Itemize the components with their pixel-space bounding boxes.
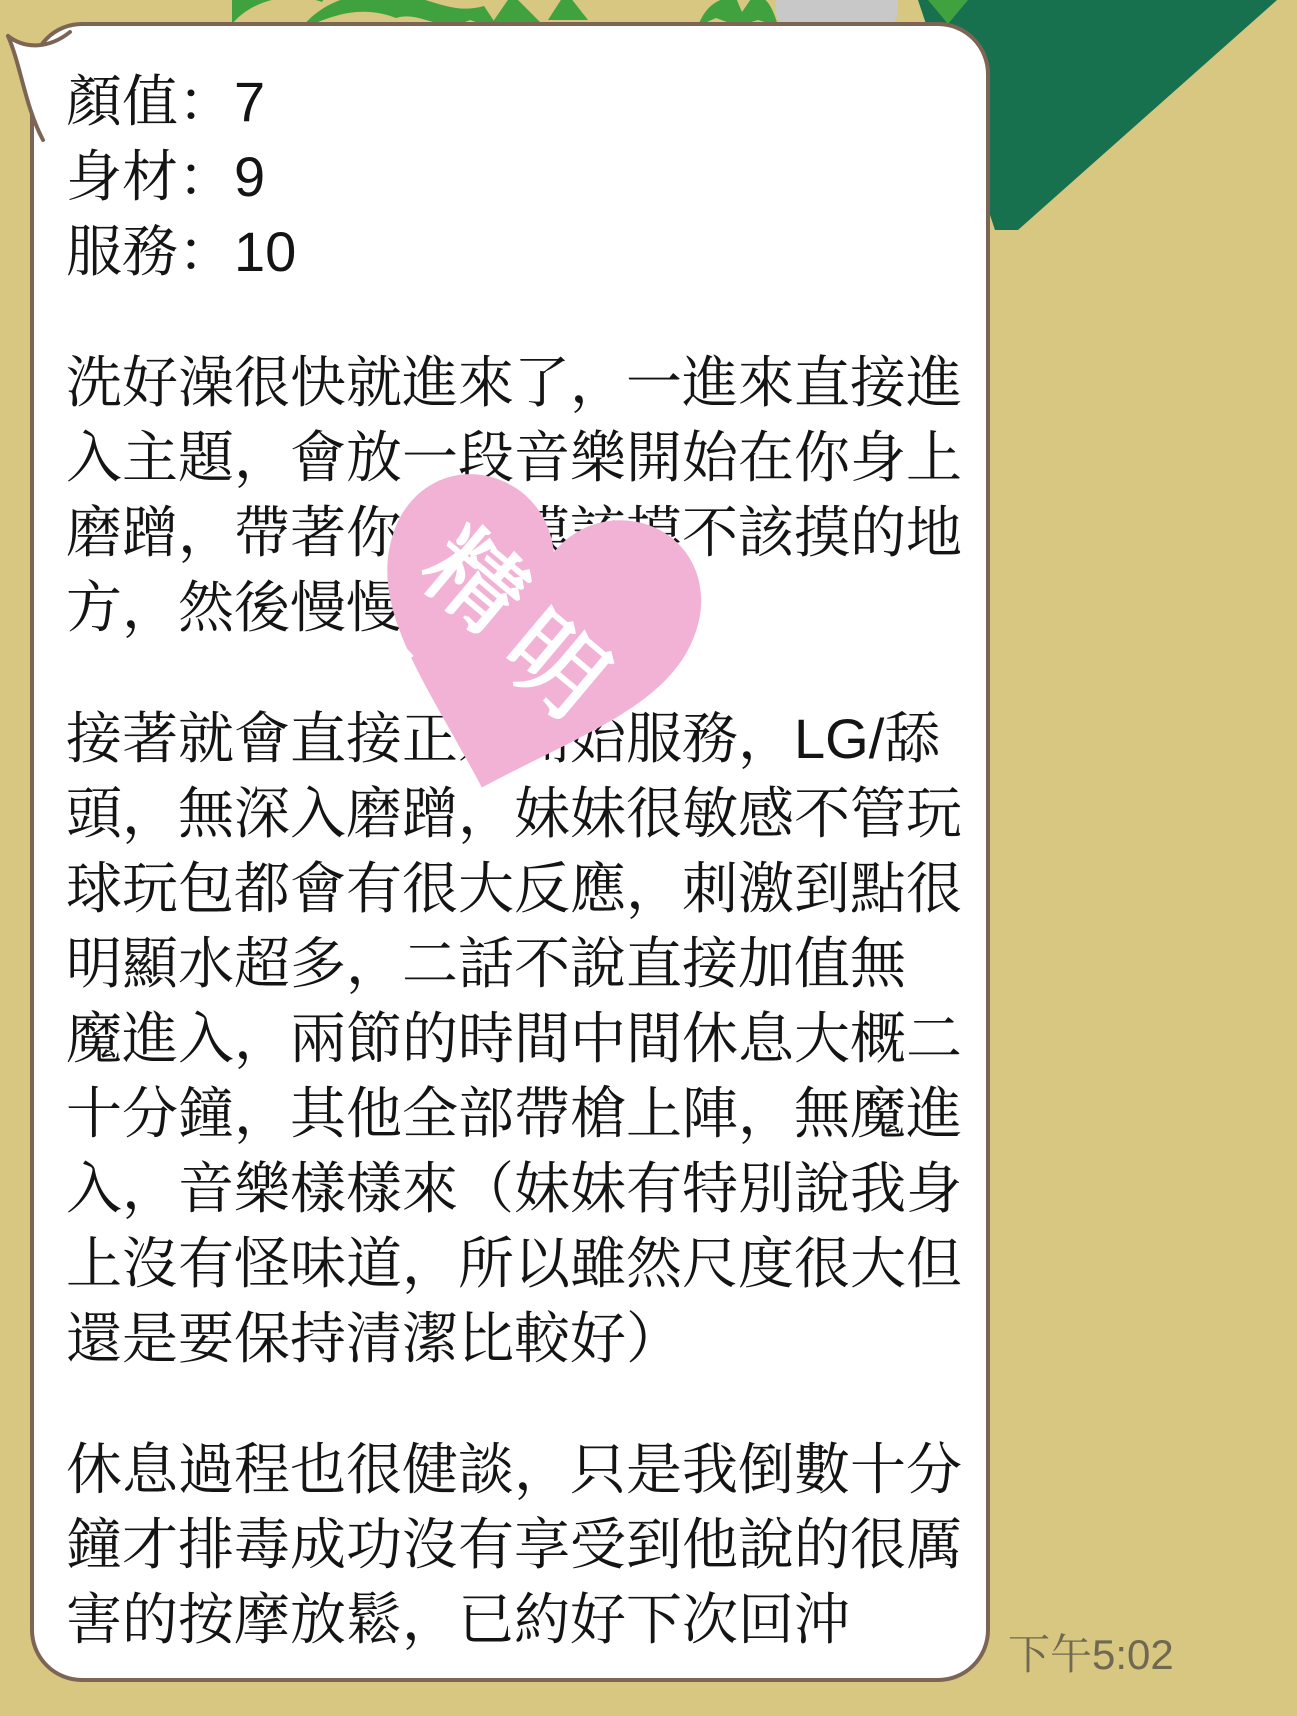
bubble-tail (0, 24, 78, 152)
message-ratings: 顏值：7 身材：9 服務：10 (66, 64, 966, 289)
message-paragraph-2: 接著就會直接正躺開始服務，LG/舔 頭，無深入磨蹭，妹妹很敏感不管玩 球玩包都會… (66, 701, 966, 1376)
message-paragraph-3: 休息過程也很健談，只是我倒數十分 鐘才排毒成功沒有享受到他說的很厲 害的按摩放鬆… (66, 1432, 966, 1657)
incoming-message-bubble[interactable]: 顏值：7 身材：9 服務：10 洗好澡很快就進來了，一進來直接進 入主題，會放一… (30, 22, 990, 1682)
message-timestamp: 下午5:02 (1008, 1622, 1174, 1682)
chat-screen: 顏值：7 身材：9 服務：10 洗好澡很快就進來了，一進來直接進 入主題，會放一… (0, 0, 1297, 1716)
message-paragraph-1: 洗好澡很快就進來了，一進來直接進 入主題，會放一段音樂開始在你身上 磨蹭，帶著你… (66, 345, 966, 645)
leaf-tip-icon (548, 0, 588, 20)
